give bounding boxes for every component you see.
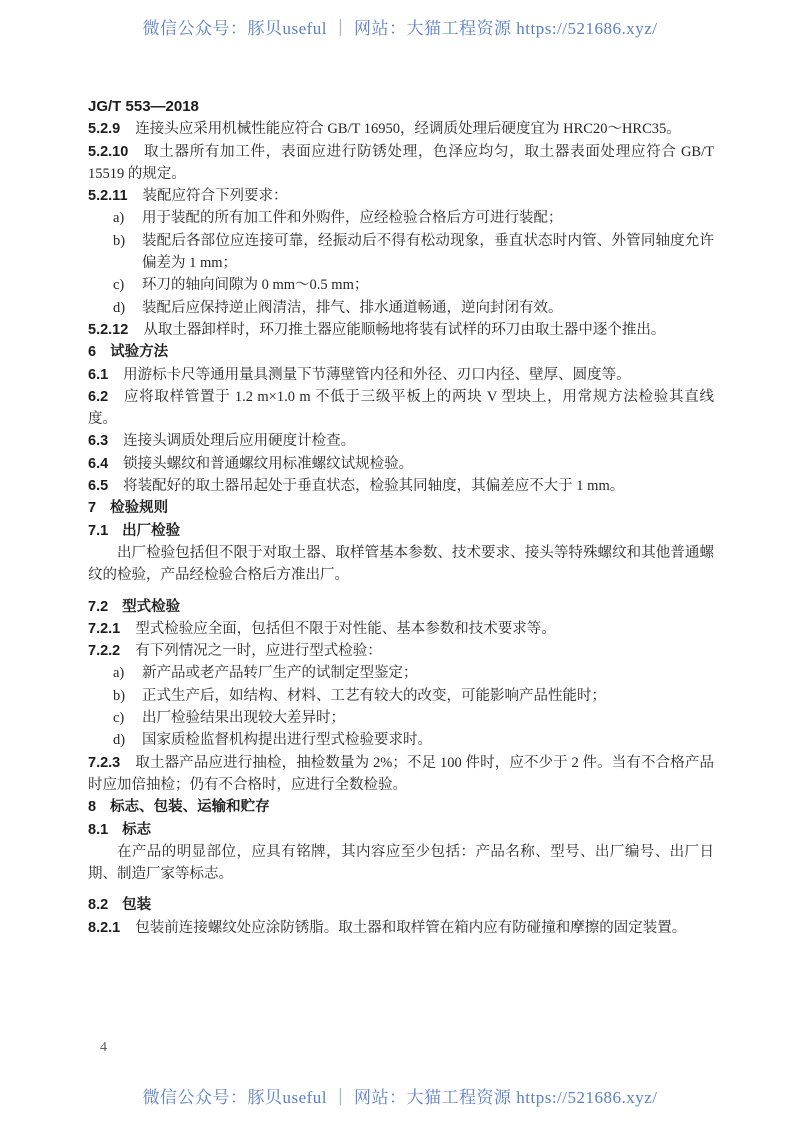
clause-text: 应将取样管置于 1.2 m×1.0 m 不低于三级平板上的两块 V 型块上，用常… xyxy=(88,389,714,427)
watermark-top: 微信公众号：豚贝useful ｜ 网站：大猫工程资源 https://52168… xyxy=(0,14,800,39)
list-item-text: 国家质检监督机构提出进行型式检验要求时。 xyxy=(142,732,432,748)
clause-text: 用游标卡尺等通用量具测量下节薄壁管内径和外径、刃口内径、壁厚、圆度等。 xyxy=(123,367,631,383)
subsection-heading: 7.1出厂检验 xyxy=(88,520,714,542)
list-item: c)环刀的轴向间隙为 0 mm～0.5 mm； xyxy=(88,274,714,296)
heading-text: 型式检验 xyxy=(122,599,180,615)
clause-number: 7.2.2 xyxy=(88,643,120,659)
list-item: b)正式生产后，如结构、材料、工艺有较大的改变，可能影响产品性能时； xyxy=(88,685,714,707)
clause-text: 有下列情况之一时，应进行型式检验： xyxy=(135,643,382,659)
body-paragraph: 在产品的明显部位，应具有铭牌，其内容应至少包括：产品名称、型号、出厂编号、出厂日… xyxy=(88,841,714,886)
clause-number: 6.5 xyxy=(88,478,108,494)
clause-text: 从取土器卸样时，环刀推土器应能顺畅地将装有试样的环刀由取土器中逐个推出。 xyxy=(143,322,665,338)
subsection-heading: 7.2型式检验 xyxy=(88,596,714,618)
section-heading: 8标志、包装、运输和贮存 xyxy=(88,796,714,818)
list-item-label: b) xyxy=(113,230,125,252)
watermark-bottom: 微信公众号：豚贝useful ｜ 网站：大猫工程资源 https://52168… xyxy=(0,1083,800,1108)
list-item-label: c) xyxy=(113,274,124,296)
clause-text: 将装配好的取土器吊起处于垂直状态，检验其同轴度，其偏差应不大于 1 mm。 xyxy=(123,478,624,494)
clause-text: 取土器产品应进行抽检，抽检数量为 2%；不足 100 件时，应不少于 2 件。当… xyxy=(88,755,714,793)
subsection-heading: 8.2包装 xyxy=(88,894,714,916)
list-item-label: b) xyxy=(113,685,125,707)
clause-text: 连接头调质处理后应用硬度计检查。 xyxy=(123,433,355,449)
clause: 6.3连接头调质处理后应用硬度计检查。 xyxy=(88,430,714,452)
clause-text: 型式检验应全面，包括但不限于对性能、基本参数和技术要求等。 xyxy=(135,621,556,637)
list-item-label: c) xyxy=(113,707,124,729)
list-item: d)国家质检监督机构提出进行型式检验要求时。 xyxy=(88,729,714,751)
clause-number: 7.2.1 xyxy=(88,621,120,637)
heading-number: 7.1 xyxy=(88,523,108,539)
heading-number: 8.1 xyxy=(88,822,108,838)
clause: 5.2.9连接头应采用机械性能应符合 GB/T 16950，经调质处理后硬度宜为… xyxy=(88,118,714,140)
body-paragraph: 出厂检验包括但不限于对取土器、取样管基本参数、技术要求、接头等特殊螺纹和其他普通… xyxy=(88,542,714,587)
section-heading: 7检验规则 xyxy=(88,497,714,519)
doc-number: JG/T 553—2018 xyxy=(88,96,714,118)
heading-number: 6 xyxy=(88,344,96,360)
clause-text: 锁接头螺纹和普通螺纹用标准螺纹试规检验。 xyxy=(123,456,413,472)
clause-text: 包装前连接螺纹处应涂防锈脂。取土器和取样管在箱内应有防碰撞和摩擦的固定装置。 xyxy=(135,920,686,936)
heading-text: 检验规则 xyxy=(110,500,168,516)
heading-text: 试验方法 xyxy=(110,344,168,360)
heading-text: 标志、包装、运输和贮存 xyxy=(110,799,270,815)
clause-text: 连接头应采用机械性能应符合 GB/T 16950，经调质处理后硬度宜为 HRC2… xyxy=(135,121,681,137)
list-item-label: d) xyxy=(113,729,125,751)
clause-number: 6.4 xyxy=(88,456,108,472)
clause-number: 8.2.1 xyxy=(88,920,120,936)
clause-number: 6.3 xyxy=(88,433,108,449)
clause: 5.2.12从取土器卸样时，环刀推土器应能顺畅地将装有试样的环刀由取土器中逐个推… xyxy=(88,319,714,341)
list-item-text: 环刀的轴向间隙为 0 mm～0.5 mm； xyxy=(142,277,368,293)
heading-text: 出厂检验 xyxy=(122,523,180,539)
heading-number: 7.2 xyxy=(88,599,108,615)
list-item-label: d) xyxy=(113,297,125,319)
list-item-text: 用于装配的所有加工件和外购件，应经检验合格后方可进行装配； xyxy=(142,210,563,226)
document-page: 微信公众号：豚贝useful ｜ 网站：大猫工程资源 https://52168… xyxy=(0,0,800,1131)
clause: 5.2.11装配应符合下列要求： xyxy=(88,185,714,207)
list-item: a)用于装配的所有加工件和外购件，应经检验合格后方可进行装配； xyxy=(88,207,714,229)
clause-number: 5.2.9 xyxy=(88,121,120,137)
section-heading: 6试验方法 xyxy=(88,341,714,363)
clause: 7.2.3取土器产品应进行抽检，抽检数量为 2%；不足 100 件时，应不少于 … xyxy=(88,752,714,797)
heading-text: 包装 xyxy=(122,897,151,913)
clause-number: 5.2.12 xyxy=(88,322,128,338)
list-item: b)装配后各部位应连接可靠，经振动后不得有松动现象，垂直状态时内管、外管同轴度允… xyxy=(88,230,714,275)
clause-number: 7.2.3 xyxy=(88,755,120,771)
subsection-heading: 8.1标志 xyxy=(88,819,714,841)
clause-text: 装配应符合下列要求： xyxy=(143,188,288,204)
clause-number: 5.2.10 xyxy=(88,144,128,160)
clause: 6.1用游标卡尺等通用量具测量下节薄壁管内径和外径、刃口内径、壁厚、圆度等。 xyxy=(88,364,714,386)
clause: 7.2.1型式检验应全面，包括但不限于对性能、基本参数和技术要求等。 xyxy=(88,618,714,640)
heading-text: 标志 xyxy=(122,822,151,838)
heading-number: 7 xyxy=(88,500,96,516)
clause-number: 5.2.11 xyxy=(88,188,128,204)
clause: 6.2应将取样管置于 1.2 m×1.0 m 不低于三级平板上的两块 V 型块上… xyxy=(88,386,714,431)
heading-number: 8.2 xyxy=(88,897,108,913)
list-item: d)装配后应保持逆止阀清洁，排气、排水通道畅通，逆向封闭有效。 xyxy=(88,297,714,319)
clause: 7.2.2有下列情况之一时，应进行型式检验： xyxy=(88,640,714,662)
clause: 5.2.10取土器所有加工件，表面应进行防锈处理，色泽应均匀，取土器表面处理应符… xyxy=(88,141,714,186)
clause: 6.5将装配好的取土器吊起处于垂直状态，检验其同轴度，其偏差应不大于 1 mm。 xyxy=(88,475,714,497)
clause-number: 6.2 xyxy=(88,389,108,405)
clause: 8.2.1包装前连接螺纹处应涂防锈脂。取土器和取样管在箱内应有防碰撞和摩擦的固定… xyxy=(88,917,714,939)
list-item-label: a) xyxy=(113,662,124,684)
list-item: a)新产品或老产品转厂生产的试制定型鉴定； xyxy=(88,662,714,684)
clause: 6.4锁接头螺纹和普通螺纹用标准螺纹试规检验。 xyxy=(88,453,714,475)
page-number: 4 xyxy=(100,1040,107,1056)
list-item-text: 出厂检验结果出现较大差异时； xyxy=(142,710,345,726)
list-item-text: 装配后各部位应连接可靠，经振动后不得有松动现象，垂直状态时内管、外管同轴度允许偏… xyxy=(142,233,714,271)
clause-number: 6.1 xyxy=(88,367,108,383)
list-item-label: a) xyxy=(113,207,124,229)
clause-text: 取土器所有加工件，表面应进行防锈处理，色泽应均匀，取土器表面处理应符合 GB/T… xyxy=(88,144,714,182)
heading-number: 8 xyxy=(88,799,96,815)
document-body: 5.2.9连接头应采用机械性能应符合 GB/T 16950，经调质处理后硬度宜为… xyxy=(88,118,714,939)
list-item-text: 装配后应保持逆止阀清洁，排气、排水通道畅通，逆向封闭有效。 xyxy=(142,300,563,316)
list-item: c)出厂检验结果出现较大差异时； xyxy=(88,707,714,729)
document-content: JG/T 553—2018 5.2.9连接头应采用机械性能应符合 GB/T 16… xyxy=(88,96,714,939)
list-item-text: 新产品或老产品转厂生产的试制定型鉴定； xyxy=(142,665,418,681)
list-item-text: 正式生产后，如结构、材料、工艺有较大的改变，可能影响产品性能时； xyxy=(142,688,606,704)
